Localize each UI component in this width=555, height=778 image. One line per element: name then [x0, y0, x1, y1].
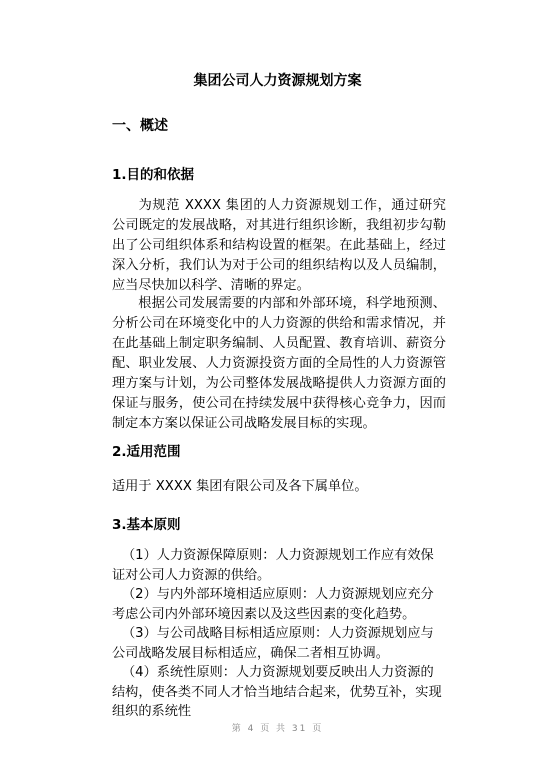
principle-item-3: （3）与公司战略目标相适应原则：人力资源规划应与公司战略发展目标相适应，确保二者… [112, 624, 446, 663]
section-heading-overview: 一、概述 [112, 115, 168, 135]
principle-item-4: （4）系统性原则：人力资源规划要反映出人力资源的结构，使各类不同人才恰当地结合起… [112, 663, 446, 722]
principle-item-1: （1）人力资源保障原则：人力资源规划工作应有效保证对公司人力资源的供给。 [112, 546, 446, 585]
subsection-heading-purpose: 1.目的和依据 [112, 163, 194, 183]
paragraph-purpose-1: 为规范 XXXX 集团的人力资源规划工作，通过研究公司既定的发展战略，对其进行组… [112, 196, 446, 296]
document-page: 集团公司人力资源规划方案 一、概述 1.目的和依据 为规范 XXXX 集团的人力… [0, 0, 555, 778]
paragraph-scope: 适用于 XXXX 集团有限公司及各下属单位。 [112, 477, 446, 497]
subsection-heading-scope: 2.适用范围 [112, 440, 181, 460]
document-title: 集团公司人力资源规划方案 [0, 70, 555, 90]
paragraph-purpose-2: 根据公司发展需要的内部和外部环境，科学地预测、分析公司在环境变化中的人力资源的供… [112, 294, 446, 434]
principle-item-2: （2）与内外部环境相适应原则：人力资源规划应充分考虑公司内外部环境因素以及这些因… [112, 585, 446, 624]
page-footer: 第 4 页 共 31 页 [0, 721, 555, 734]
subsection-heading-principles: 3.基本原则 [112, 513, 181, 533]
